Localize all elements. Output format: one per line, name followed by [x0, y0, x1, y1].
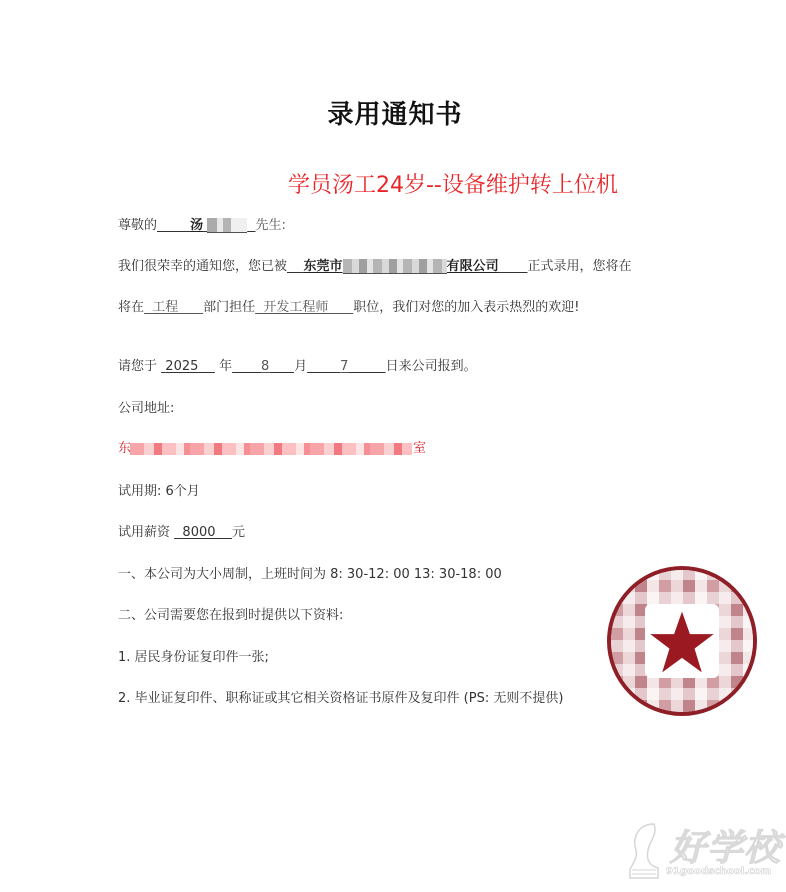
- report-date-line: 请您于 2025 年 8 月 7 日来公司报到。: [118, 358, 477, 376]
- report-suffix: 日来公司报到。: [386, 359, 477, 374]
- year-label: 年: [219, 359, 232, 374]
- company-suffix: 有限公司: [447, 259, 499, 274]
- watermark-url: 91goodschool.com: [666, 866, 771, 877]
- greeting-prefix: 尊敬的: [118, 218, 157, 233]
- greeting-suffix: 先生:: [256, 218, 286, 233]
- document-subtitle: 学员汤工24岁--设备维护转上位机: [288, 168, 618, 199]
- probation-line: 试用期: 6个月: [118, 483, 200, 501]
- offer-line-2: 将在 工程 部门担任 开发工程师 职位，我们对您的加入表示热烈的欢迎!: [118, 299, 579, 317]
- position-value: 开发工程师: [263, 300, 328, 315]
- report-prefix: 请您于: [118, 359, 157, 374]
- welcome-text: 职位，我们对您的加入表示热烈的欢迎!: [353, 300, 579, 315]
- material-num: 2.: [118, 691, 130, 706]
- document-title: 录用通知书: [0, 94, 786, 131]
- material-item-2: 2. 毕业证复印件、职称证或其它相关资格证书原件及复印件 (PS: 无则不提供): [118, 690, 563, 708]
- redacted-name: [207, 218, 247, 233]
- offer-line-1: 我们很荣幸的通知您，您已被 东莞市有限公司 正式录用，您将在: [118, 258, 632, 276]
- watermark: 好学校 91goodschool.com: [624, 814, 784, 884]
- term-work-schedule: 一、本公司为大小周制，上班时间为 8: 30-12: 00 13: 30-18:…: [118, 566, 502, 584]
- dept-prefix: 将在: [118, 300, 144, 315]
- material-item-1: 1. 居民身份证复印件一张;: [118, 649, 269, 667]
- material-text: 毕业证复印件、职称证或其它相关资格证书原件及复印件 (PS: 无则不提供): [135, 691, 564, 706]
- address-label: 公司地址:: [118, 400, 174, 418]
- offer-letter-page: 录用通知书 学员汤工24岁--设备维护转上位机 尊敬的 汤 先生: 我们很荣幸的…: [0, 0, 786, 892]
- star-icon: [649, 610, 715, 674]
- dept-middle: 部门担任: [203, 300, 255, 315]
- company-prefix: 东莞市: [304, 259, 343, 274]
- salary-label: 试用薪资: [118, 525, 170, 540]
- month-label: 月: [294, 359, 307, 374]
- term-required-materials: 二、公司需要您在报到时提供以下资料:: [118, 607, 343, 625]
- report-year: 2025: [165, 359, 198, 374]
- probation-label: 试用期:: [118, 484, 161, 499]
- salary-unit: 元: [232, 525, 245, 540]
- company-seal: [607, 566, 757, 716]
- company-address: 东 室: [118, 441, 426, 457]
- material-text: 居民身份证复印件一张;: [135, 650, 269, 665]
- material-num: 1.: [118, 650, 130, 665]
- address-last-char: 室: [413, 441, 426, 457]
- watermark-logo-icon: [624, 820, 668, 882]
- watermark-text: 好学校: [670, 820, 781, 871]
- probation-value: 6个月: [166, 484, 200, 499]
- salary-value: 8000: [182, 525, 215, 540]
- offer-text-before: 我们很荣幸的通知您，您已被: [118, 259, 287, 274]
- department-value: 工程: [152, 300, 178, 315]
- candidate-name: 汤: [190, 218, 203, 233]
- offer-text-after: 正式录用，您将在: [528, 259, 632, 274]
- redacted-company: [343, 259, 447, 274]
- greeting-line: 尊敬的 汤 先生:: [118, 217, 286, 235]
- redacted-address: [130, 443, 412, 455]
- salary-line: 试用薪资 8000 元: [118, 524, 245, 542]
